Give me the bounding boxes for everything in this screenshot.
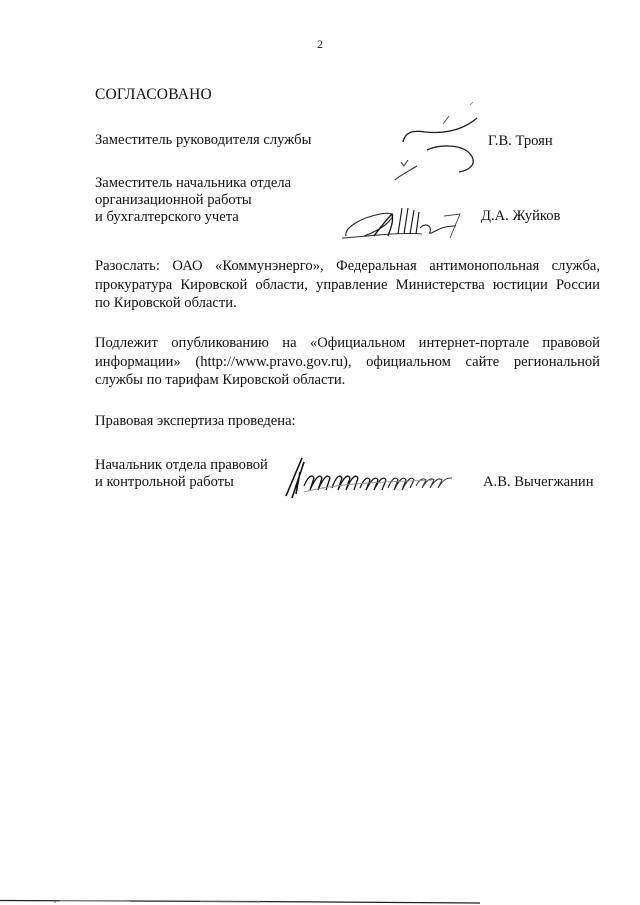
page-number: 2 xyxy=(0,37,640,52)
distribution-line-1: Разослать: ОАО «Коммунэнерго», Федеральн… xyxy=(95,257,600,276)
publication-line-2: информации» (http://www.pravo.gov.ru), о… xyxy=(95,353,600,372)
signatory-2-title-line-1: Заместитель начальника отдела xyxy=(95,174,291,192)
legal-signatory-name: А.В. Вычегжанин xyxy=(483,474,594,491)
distribution-paragraph: Разослать: ОАО «Коммунэнерго», Федеральн… xyxy=(95,257,600,313)
legal-signatory-title-line-1: Начальник отдела правовой xyxy=(95,456,268,474)
publication-paragraph: Подлежит опубликованию на «Официальном и… xyxy=(95,334,600,390)
signatory-2-name: Д.А. Жуйков xyxy=(481,208,560,225)
publication-line-3: службы по тарифам Кировской области. xyxy=(95,371,600,390)
publication-line-1: Подлежит опубликованию на «Официальном и… xyxy=(95,334,600,353)
signatory-2-title-line-2: организационной работы xyxy=(95,191,252,209)
signature-vychegzhanin-icon xyxy=(282,452,472,502)
signature-troyan-icon xyxy=(385,100,485,190)
legal-review-statement: Правовая экспертиза проведена: xyxy=(95,412,296,430)
distribution-line-2: прокуратура Кировской области, управлени… xyxy=(95,276,600,295)
approval-heading: СОГЛАСОВАНО xyxy=(95,86,212,104)
signatory-2-title-line-3: и бухгалтерского учета xyxy=(95,208,239,226)
signature-zhuykov-icon xyxy=(340,200,475,245)
signatory-1-title: Заместитель руководителя службы xyxy=(95,131,311,149)
signatory-1-name: Г.В. Троян xyxy=(488,133,553,150)
distribution-line-3: по Кировской области. xyxy=(95,294,600,313)
legal-signatory-title-line-2: и контрольной работы xyxy=(95,473,234,491)
